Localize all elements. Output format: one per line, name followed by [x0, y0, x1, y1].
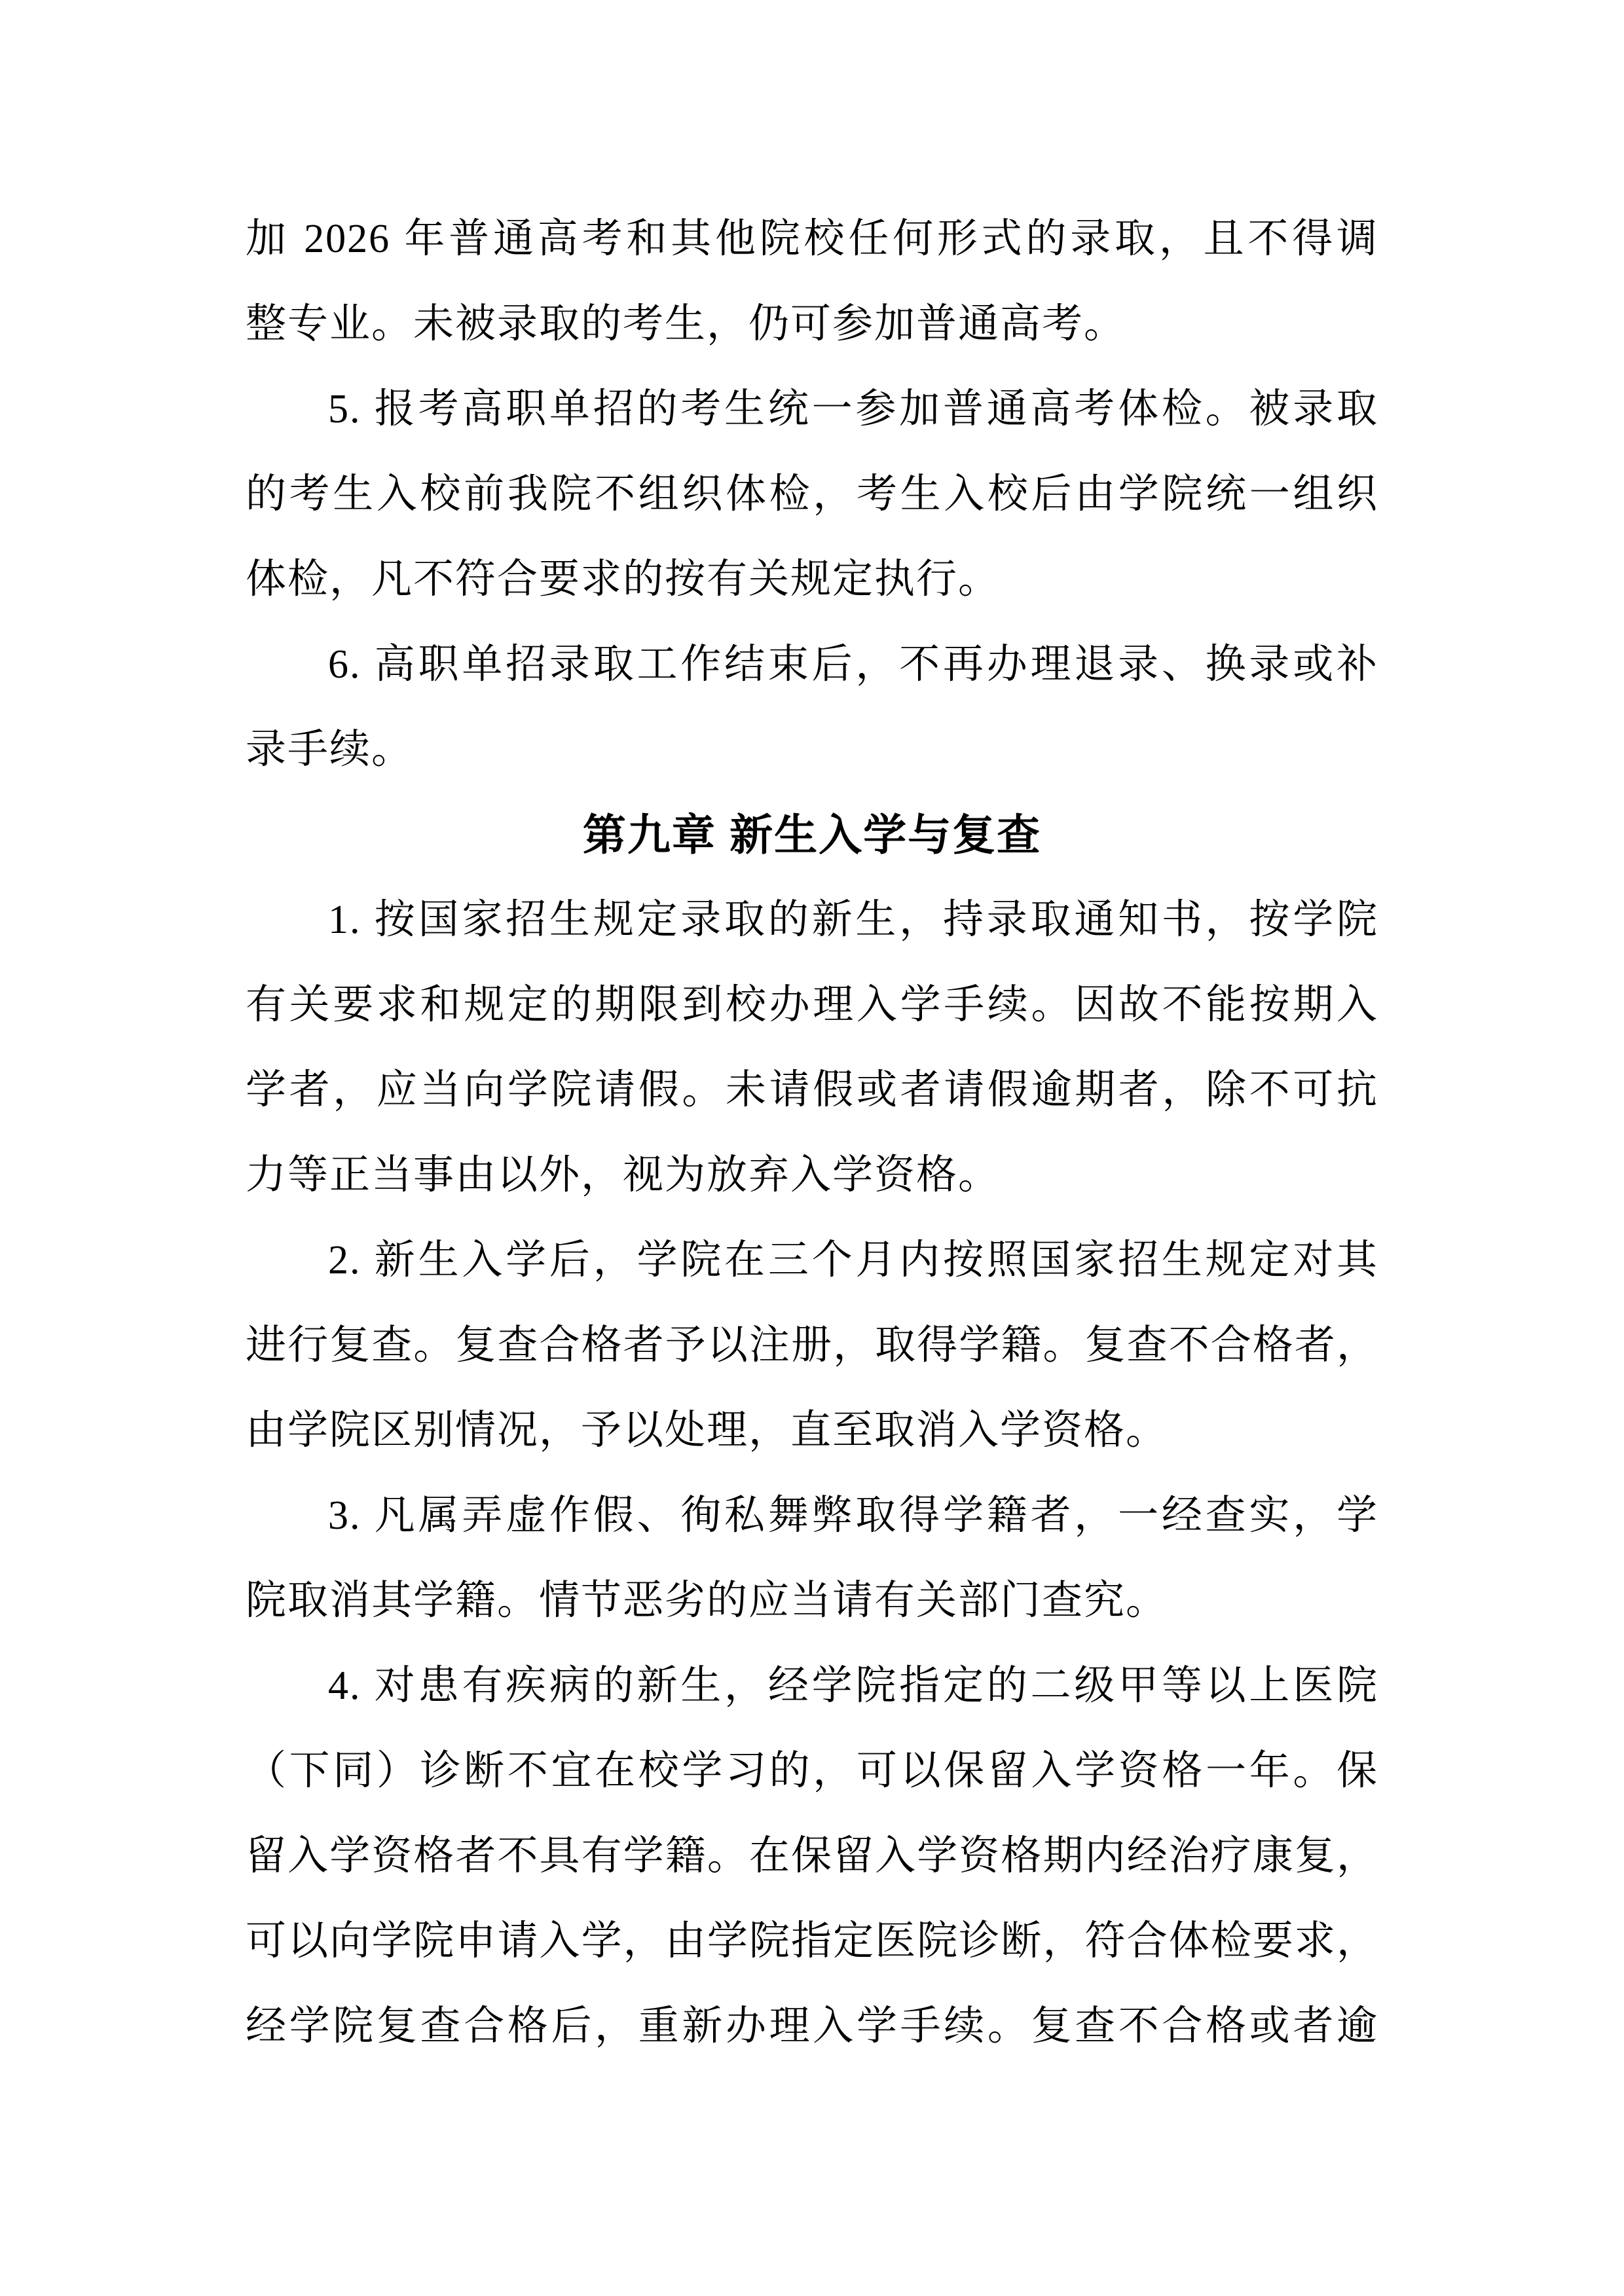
text-line: 经学院复查合格后，重新办理入学手续。复查不合格或者逾 [246, 1984, 1378, 2069]
text-line: 有关要求和规定的期限到校办理入学手续。因故不能按期入 [246, 962, 1378, 1048]
text-line: 进行复查。复查合格者予以注册，取得学籍。复查不合格者， [246, 1303, 1378, 1388]
text-line: （下同）诊断不宜在校学习的，可以保留入学资格一年。保 [246, 1728, 1378, 1813]
text-line: 1. 按国家招生规定录取的新生，持录取通知书，按学院 [246, 877, 1378, 962]
text-line: 3. 凡属弄虚作假、徇私舞弊取得学籍者，一经查实，学 [246, 1473, 1378, 1558]
text-block: 加 2026 年普通高考和其他院校任何形式的录取，且不得调整专业。未被录取的考生… [246, 196, 1378, 2069]
text-line: 可以向学院申请入学，由学院指定医院诊断，符合体检要求， [246, 1899, 1378, 1984]
text-line: 留入学资格者不具有学籍。在保留入学资格期内经治疗康复， [246, 1813, 1378, 1899]
text-line: 录手续。 [246, 707, 1378, 792]
text-line: 4. 对患有疾病的新生，经学院指定的二级甲等以上医院 [246, 1643, 1378, 1728]
text-line: 体检，凡不符合要求的按有关规定执行。 [246, 537, 1378, 622]
text-line: 由学院区别情况，予以处理，直至取消入学资格。 [246, 1388, 1378, 1473]
chapter-heading: 第九章 新生入学与复查 [246, 792, 1378, 877]
document-page: 加 2026 年普通高考和其他院校任何形式的录取，且不得调整专业。未被录取的考生… [0, 0, 1624, 2296]
text-line: 力等正当事由以外，视为放弃入学资格。 [246, 1133, 1378, 1218]
text-line: 的考生入校前我院不组织体检，考生入校后由学院统一组织 [246, 452, 1378, 537]
text-line: 加 2026 年普通高考和其他院校任何形式的录取，且不得调 [246, 196, 1378, 282]
text-line: 学者，应当向学院请假。未请假或者请假逾期者，除不可抗 [246, 1048, 1378, 1133]
text-line: 整专业。未被录取的考生，仍可参加普通高考。 [246, 282, 1378, 367]
text-line: 6. 高职单招录取工作结束后，不再办理退录、换录或补 [246, 622, 1378, 707]
text-line: 5. 报考高职单招的考生统一参加普通高考体检。被录取 [246, 367, 1378, 452]
text-line: 2. 新生入学后，学院在三个月内按照国家招生规定对其 [246, 1218, 1378, 1303]
text-line: 院取消其学籍。情节恶劣的应当请有关部门查究。 [246, 1558, 1378, 1643]
